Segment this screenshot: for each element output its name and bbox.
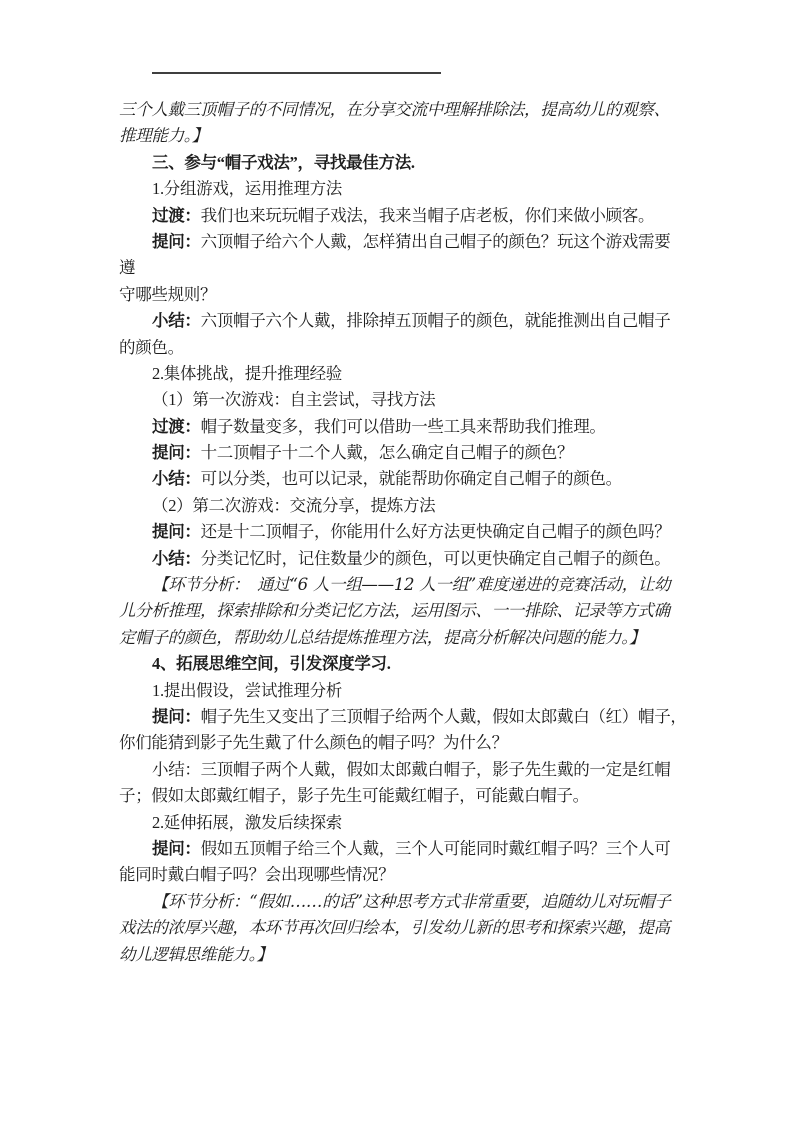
document-page: 三个人戴三顶帽子的不同情况，在分享交流中理解排除法，提高幼儿的观察、 推理能力。…	[0, 0, 794, 1123]
line-text: 【环节分析：“假如……的话”这种思考方式非常重要，追随幼儿对玩帽子	[152, 892, 670, 911]
bold-label: 提问：	[152, 232, 201, 251]
line-text: 2.延伸拓展，激发后续探索	[152, 813, 342, 832]
analysis-block-line: 儿分析推理，探索排除和分类记忆方法，运用图示、一一排除、记录等方式确	[119, 598, 679, 624]
line-text: 儿分析推理，探索排除和分类记忆方法，运用图示、一一排除、记录等方式确	[119, 601, 670, 620]
line-text: 幼儿逻辑思维能力。】	[119, 945, 273, 964]
line-text: 能同时戴白帽子吗？会出现哪些情况？	[119, 865, 394, 884]
header-separator-line	[152, 72, 441, 74]
summary-line: 小结：可以分类，也可以记录，就能帮助你确定自己帽子的颜色。	[119, 466, 679, 492]
text-block: 三个人戴三顶帽子的不同情况，在分享交流中理解排除法，提高幼儿的观察、 推理能力。…	[119, 97, 679, 968]
step-title-line: 2.延伸拓展，激发后续探索	[119, 810, 679, 836]
line-text: 三、参与“帽子戏法”，寻找最佳方法.	[152, 153, 415, 172]
line-text: 分类记忆时，记住数量少的颜色，可以更快确定自己帽子的颜色。	[201, 549, 671, 568]
line-text: 六顶帽子给六个人戴，怎样猜出自己帽子的颜色？玩这个游戏需要	[201, 232, 671, 251]
line-text: 4、拓展思维空间，引发深度学习.	[152, 654, 391, 673]
line-text: 的颜色。	[119, 338, 184, 357]
line-text: （1）第一次游戏：自主尝试，寻找方法	[152, 390, 435, 409]
line-text: 小结：三顶帽子两个人戴，假如太郎戴白帽子，影子先生戴的一定是红帽	[152, 760, 670, 779]
transition-line: 过渡：帽子数量变多，我们可以借助一些工具来帮助我们推理。	[119, 414, 679, 440]
wrap-line: 子；假如太郎戴红帽子，影子先生可能戴红帽子，可能戴白帽子。	[119, 783, 679, 809]
summary-line: 小结：分类记忆时，记住数量少的颜色，可以更快确定自己帽子的颜色。	[119, 546, 679, 572]
line-text: 戏法的浓厚兴趣，本环节再次回归绘本，引发幼儿新的思考和探索兴趣，提高	[119, 918, 670, 937]
bold-label: 提问：	[152, 839, 201, 858]
line-text: 遵	[119, 258, 135, 277]
line-text: 你们能猜到影子先生戴了什么颜色的帽子吗？为什么？	[119, 733, 508, 752]
section-heading-three: 三、参与“帽子戏法”，寻找最佳方法.	[119, 150, 679, 176]
step-title-line: 1.分组游戏，运用推理方法	[119, 176, 679, 202]
line-text: 帽子先生又变出了三顶帽子给两个人戴，假如太郎戴白（红）帽子，	[201, 707, 687, 726]
question-line: 提问：十二顶帽子十二个人戴，怎么确定自己帽子的颜色？	[119, 440, 679, 466]
line-text: 六顶帽子六个人戴，排除掉五顶帽子的颜色，就能推测出自己帽子	[201, 311, 671, 330]
line-text: 守哪些规则？	[119, 285, 216, 304]
wrap-line: 守哪些规则？	[119, 282, 679, 308]
sub-step-line: （1）第一次游戏：自主尝试，寻找方法	[119, 387, 679, 413]
bold-label: 提问：	[152, 443, 201, 462]
step-title-line: 2.集体挑战，提升推理经验	[119, 361, 679, 387]
question-line: 提问：还是十二顶帽子，你能用什么好方法更快确定自己帽子的颜色吗？	[119, 519, 679, 545]
bold-label: 提问：	[152, 522, 201, 541]
line-text: 定帽子的颜色，帮助幼儿总结提炼推理方法，提高分析解决问题的能力。】	[119, 628, 645, 647]
section-heading-four: 4、拓展思维空间，引发深度学习.	[119, 651, 679, 677]
bold-label: 小结：	[152, 549, 201, 568]
question-line: 提问：帽子先生又变出了三顶帽子给两个人戴，假如太郎戴白（红）帽子，	[119, 704, 679, 730]
sub-step-line: （2）第二次游戏：交流分享，提炼方法	[119, 493, 679, 519]
question-line: 提问：假如五顶帽子给三个人戴，三个人可能同时戴红帽子吗？三个人可	[119, 836, 679, 862]
analysis-block-line: 【环节分析：“假如……的话”这种思考方式非常重要，追随幼儿对玩帽子	[119, 889, 679, 915]
line-text: 帽子数量变多，我们可以借助一些工具来帮助我们推理。	[201, 417, 606, 436]
step-title-line: 1.提出假设，尝试推理分析	[119, 678, 679, 704]
line-text: 我们也来玩玩帽子戏法，我来当帽子店老板，你们来做小顾客。	[201, 206, 655, 225]
line-text: 假如五顶帽子给三个人戴，三个人可能同时戴红帽子吗？三个人可	[201, 839, 671, 858]
bold-label: 过渡：	[152, 417, 201, 436]
wrap-line: 遵	[119, 255, 679, 281]
line-text: 1.提出假设，尝试推理分析	[152, 681, 342, 700]
analysis-continuation-line: 推理能力。】	[119, 123, 679, 149]
line-text: 可以分类，也可以记录，就能帮助你确定自己帽子的颜色。	[201, 469, 622, 488]
bold-label: 小结：	[152, 469, 201, 488]
line-text: 2.集体挑战，提升推理经验	[152, 364, 342, 383]
line-text: 【环节分析： 通过“6 人一组——12 人一组”难度递进的竞赛活动，让幼	[152, 575, 670, 594]
line-text: 子；假如太郎戴红帽子，影子先生可能戴红帽子，可能戴白帽子。	[119, 786, 589, 805]
transition-line: 过渡：我们也来玩玩帽子戏法，我来当帽子店老板，你们来做小顾客。	[119, 203, 679, 229]
summary-line: 小结：三顶帽子两个人戴，假如太郎戴白帽子，影子先生戴的一定是红帽	[119, 757, 679, 783]
analysis-block-line: 【环节分析： 通过“6 人一组——12 人一组”难度递进的竞赛活动，让幼	[119, 572, 679, 598]
line-text: 三个人戴三顶帽子的不同情况，在分享交流中理解排除法，提高幼儿的观察、	[119, 100, 670, 119]
line-text: 1.分组游戏，运用推理方法	[152, 179, 342, 198]
analysis-block-line: 戏法的浓厚兴趣，本环节再次回归绘本，引发幼儿新的思考和探索兴趣，提高	[119, 915, 679, 941]
wrap-line: 你们能猜到影子先生戴了什么颜色的帽子吗？为什么？	[119, 730, 679, 756]
line-text: 推理能力。】	[119, 126, 208, 145]
analysis-block-line: 幼儿逻辑思维能力。】	[119, 942, 679, 968]
question-line: 提问：六顶帽子给六个人戴，怎样猜出自己帽子的颜色？玩这个游戏需要	[119, 229, 679, 255]
bold-label: 提问：	[152, 707, 201, 726]
analysis-continuation-line: 三个人戴三顶帽子的不同情况，在分享交流中理解排除法，提高幼儿的观察、	[119, 97, 679, 123]
wrap-line: 能同时戴白帽子吗？会出现哪些情况？	[119, 862, 679, 888]
line-text: 还是十二顶帽子，你能用什么好方法更快确定自己帽子的颜色吗？	[201, 522, 671, 541]
line-text: 十二顶帽子十二个人戴，怎么确定自己帽子的颜色？	[201, 443, 574, 462]
bold-label: 过渡：	[152, 206, 201, 225]
analysis-block-line: 定帽子的颜色，帮助幼儿总结提炼推理方法，提高分析解决问题的能力。】	[119, 625, 679, 651]
bold-label: 小结：	[152, 311, 201, 330]
wrap-line: 的颜色。	[119, 335, 679, 361]
line-text: （2）第二次游戏：交流分享，提炼方法	[152, 496, 435, 515]
summary-line: 小结：六顶帽子六个人戴，排除掉五顶帽子的颜色，就能推测出自己帽子	[119, 308, 679, 334]
